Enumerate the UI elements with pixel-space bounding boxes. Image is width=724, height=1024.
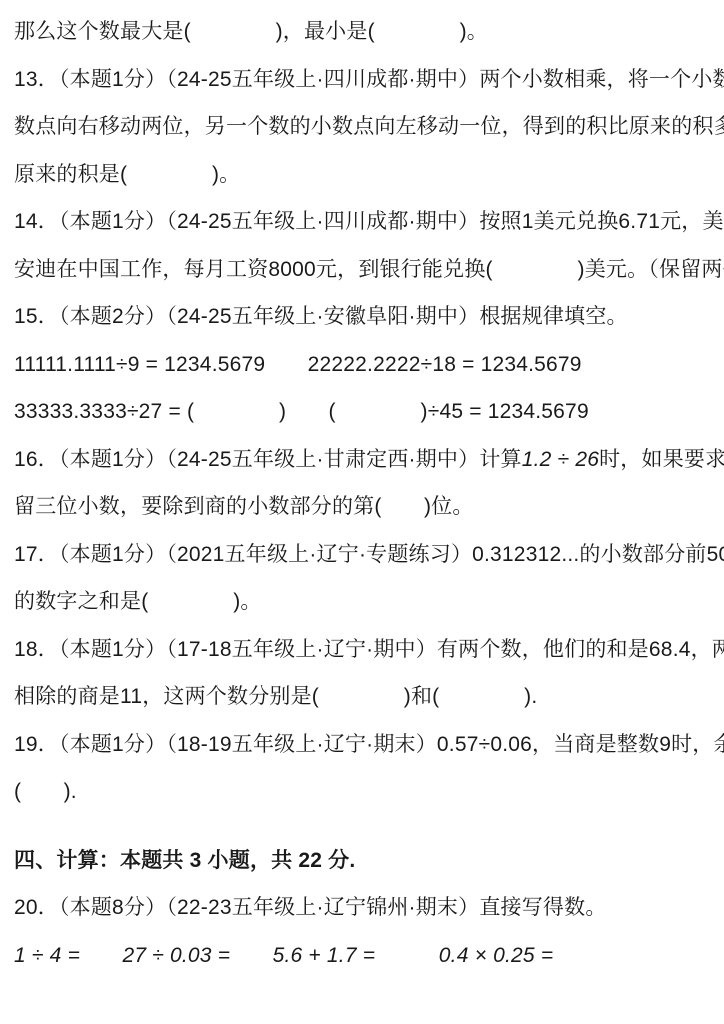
q13-line-3-text: 原来的积是( )。 [14, 163, 240, 186]
q16-line-1-text: 16．（本题1分）（24-25五年级上·甘肃定西·期中）计算 [14, 448, 522, 471]
q16-line-2: 留三位小数，要除到商的小数部分的第( )位。 [14, 483, 710, 531]
document-body: 那么这个数最大是( )，最小是( )。13．（本题1分）（24-25五年级上·四… [0, 0, 724, 979]
q15-equation-row-2-text: 33333.3333÷27 = ( ) ( )÷45 = 1234.5679 [14, 400, 589, 423]
q20-equation-row-text: 1 ÷ 4 = 27 ÷ 0.03 = 5.6 + 1.7 = 0.4 × 0.… [14, 944, 553, 967]
q15-line-1: 15．（本题2分）（24-25五年级上·安徽阜阳·期中）根据规律填空。 [14, 293, 710, 341]
q19-line-1: 19．（本题1分）（18-19五年级上·辽宁·期末）0.57÷0.06，当商是整… [14, 721, 710, 769]
q17-line-2: 的数字之和是( )。 [14, 578, 710, 626]
q18-line-2-text: 相除的商是11，这两个数分别是( )和( ). [14, 685, 537, 708]
q18-line-2: 相除的商是11，这两个数分别是( )和( ). [14, 673, 710, 721]
q15-equation-row-1-text: 11111.1111÷9 = 1234.5679 22222.2222÷18 =… [14, 353, 582, 376]
q15-equation-row-1: 11111.1111÷9 = 1234.5679 22222.2222÷18 =… [14, 341, 710, 389]
q13-line-2-text: 数点向右移动两位，另一个数的小数点向左移动一位，得到的积比原来的积多4.95。 [14, 115, 724, 138]
q13-line-1: 13．（本题1分）（24-25五年级上·四川成都·期中）两个小数相乘，将一个小数… [14, 56, 710, 104]
q17-line-1: 17．（本题1分）（2021五年级上·辽宁·专题练习）0.312312...的小… [14, 531, 710, 579]
q14-line-2: 安迪在中国工作，每月工资8000元，到银行能兑换( )美元。（保留两位小数） [14, 246, 710, 294]
q18-line-1-text: 18．（本题1分）（17-18五年级上·辽宁·期中）有两个数，他们的和是68.4… [14, 638, 724, 661]
document-page: 那么这个数最大是( )，最小是( )。13．（本题1分）（24-25五年级上·四… [0, 0, 724, 1024]
q14-line-2-text: 安迪在中国工作，每月工资8000元，到银行能兑换( )美元。（保留两位小数） [14, 258, 724, 281]
q20-line-1: 20．（本题8分）（22-23五年级上·辽宁锦州·期末）直接写得数。 [14, 884, 710, 932]
q12-tail-line-text: 那么这个数最大是( )，最小是( )。 [14, 20, 488, 43]
q14-line-1-text: 14．（本题1分）（24-25五年级上·四川成都·期中）按照1美元兑换6.71元… [14, 210, 724, 233]
q16-line-2-text: 留三位小数，要除到商的小数部分的第( )位。 [14, 495, 474, 518]
q20-line-1-text: 20．（本题8分）（22-23五年级上·辽宁锦州·期末）直接写得数。 [14, 896, 607, 919]
q20-equation-row: 1 ÷ 4 = 27 ÷ 0.03 = 5.6 + 1.7 = 0.4 × 0.… [14, 932, 710, 980]
q18-line-1: 18．（本题1分）（17-18五年级上·辽宁·期中）有两个数，他们的和是68.4… [14, 626, 710, 674]
q13-line-2: 数点向右移动两位，另一个数的小数点向左移动一位，得到的积比原来的积多4.95。 [14, 103, 710, 151]
q17-line-1-text: 17．（本题1分）（2021五年级上·辽宁·专题练习）0.312312...的小… [14, 543, 724, 566]
q19-line-2-text: ( ). [14, 780, 77, 803]
q13-line-1-text: 13．（本题1分）（24-25五年级上·四川成都·期中）两个小数相乘，将一个小数… [14, 68, 724, 91]
q16-line-1-text: 时，如果要求商保 [599, 448, 724, 471]
q14-line-1: 14．（本题1分）（24-25五年级上·四川成都·期中）按照1美元兑换6.71元… [14, 198, 710, 246]
q19-line-2: ( ). [14, 768, 710, 816]
q16-line-1: 16．（本题1分）（24-25五年级上·甘肃定西·期中）计算1.2 ÷ 26时，… [14, 436, 710, 484]
q15-equation-row-2: 33333.3333÷27 = ( ) ( )÷45 = 1234.5679 [14, 388, 710, 436]
q13-line-3: 原来的积是( )。 [14, 151, 710, 199]
section-4-heading: 四、计算：本题共 3 小题，共 22 分. [14, 837, 710, 885]
section-4-heading-text: 四、计算：本题共 3 小题，共 22 分. [14, 849, 355, 872]
q15-line-1-text: 15．（本题2分）（24-25五年级上·安徽阜阳·期中）根据规律填空。 [14, 305, 628, 328]
q19-line-1-text: 19．（本题1分）（18-19五年级上·辽宁·期末）0.57÷0.06，当商是整… [14, 733, 724, 756]
q17-line-2-text: 的数字之和是( )。 [14, 590, 262, 613]
q16-line-1-text: 1.2 ÷ 26 [522, 448, 599, 471]
q12-tail-line: 那么这个数最大是( )，最小是( )。 [14, 8, 710, 56]
